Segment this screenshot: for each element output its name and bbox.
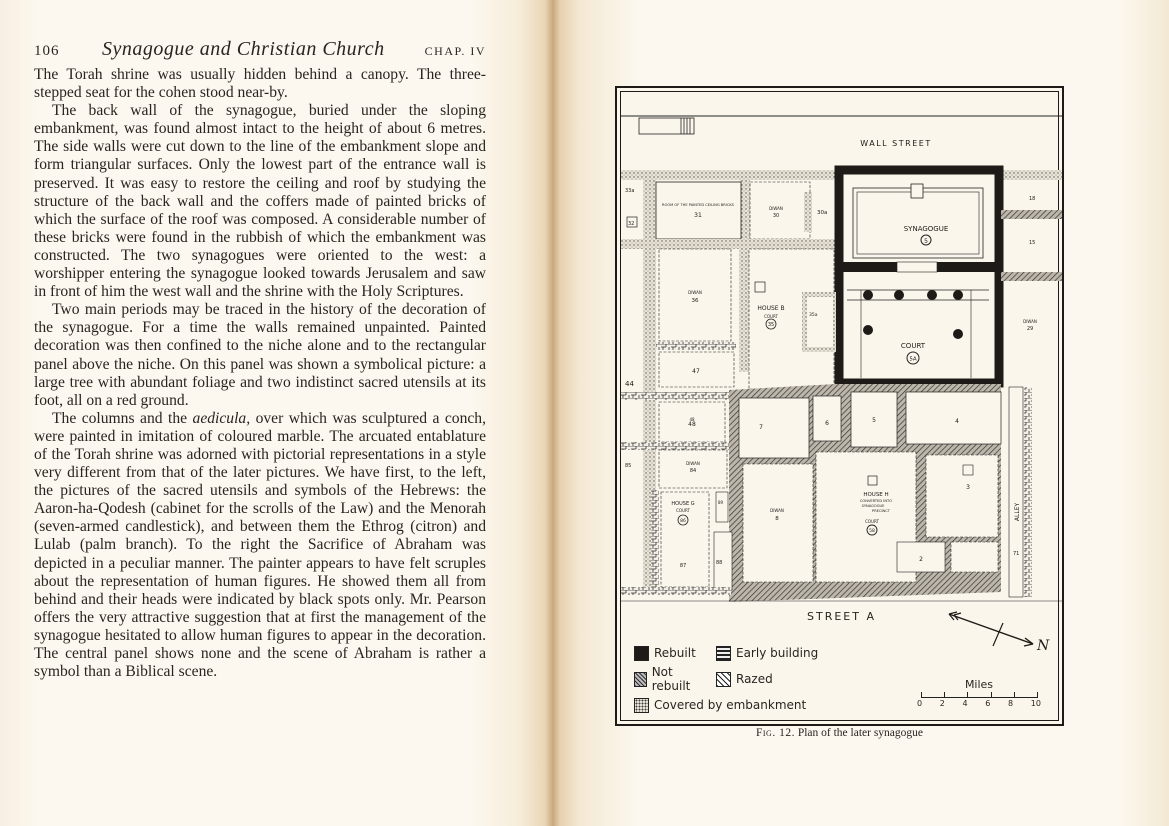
covered-swatch-icon [634,698,649,713]
caption-text: Plan of the later synagogue [798,727,923,739]
legend-label: Early building [736,646,818,660]
legend-item-not-rebuilt: Not rebuilt [634,665,704,693]
svg-text:8: 8 [775,516,779,522]
svg-text:86: 86 [680,518,686,524]
scale-bar: Miles 0 2 4 6 8 10 [917,678,1041,708]
svg-text:88: 88 [716,560,722,566]
svg-text:30: 30 [773,213,779,219]
figure-caption: Fig. 12. Plan of the later synagogue [615,727,1064,739]
svg-text:COURT: COURT [865,519,879,524]
svg-text:31: 31 [694,212,702,219]
svg-text:2: 2 [919,556,923,563]
page-number: 106 [34,43,70,60]
svg-text:DIWAN: DIWAN [770,508,784,513]
north-label: N [1036,638,1050,654]
legend-label: Rebuilt [654,646,696,660]
svg-text:89: 89 [718,500,724,505]
svg-text:5: 5 [872,417,876,424]
svg-text:33a: 33a [625,188,634,194]
svg-text:85: 85 [625,463,631,469]
svg-text:DIWAN: DIWAN [688,290,702,295]
paragraph: The Torah shrine was usually hidden behi… [34,66,486,102]
svg-text:5: 5 [924,238,928,245]
legend-label: Razed [736,672,773,686]
text-run: over which was sculptured a conch, were … [34,410,486,680]
synagogue-label: SYNAGOGUE [904,225,949,233]
svg-text:5A: 5A [909,357,916,363]
svg-text:HOUSE G: HOUSE G [671,501,694,507]
svg-text:COURT: COURT [764,314,778,319]
svg-text:DIWAN: DIWAN [686,461,700,466]
svg-text:35a: 35a [809,312,818,318]
text-run: The columns and the [52,410,193,427]
italic-term: aedicula, [193,410,251,427]
svg-text:SYNAGOGUE: SYNAGOGUE [862,504,886,508]
paragraph: The columns and the aedicula, over which… [34,410,486,681]
svg-text:36: 36 [692,298,699,304]
rebuilt-swatch-icon [634,646,649,661]
svg-text:48: 48 [688,421,696,428]
svg-text:15: 15 [1029,240,1035,246]
svg-text:PRECINCT: PRECINCT [872,509,891,513]
north-arrow-icon: N [941,606,1051,656]
svg-text:6: 6 [825,420,829,427]
legend-label: Not rebuilt [652,665,704,693]
svg-text:DIWAN: DIWAN [769,206,783,211]
legend-item-razed: Razed [716,672,773,687]
not-rebuilt-swatch-icon [634,672,647,687]
paragraph: The back wall of the synagogue, buried u… [34,102,486,301]
svg-text:35: 35 [768,322,774,328]
legend-item-covered: Covered by embankment [634,698,806,713]
paragraph: Two main periods may be traced in the hi… [34,301,486,410]
figure-frame: WALL STREET ROOM OF THE PAINTED CEILING … [620,91,1059,721]
svg-text:18: 18 [1029,196,1035,202]
legend-label: Covered by embankment [654,698,806,712]
svg-text:ROOM OF THE PAINTED CEILING BR: ROOM OF THE PAINTED CEILING BRICKS [662,203,735,207]
legend-item-rebuilt: Rebuilt [634,646,704,661]
chapter-label: CHAP. IV [425,44,486,59]
svg-text:CONVERTED INTO: CONVERTED INTO [860,499,892,503]
svg-text:32: 32 [628,221,634,227]
svg-text:3: 3 [966,484,970,491]
svg-text:47: 47 [692,368,700,375]
body-text: The Torah shrine was usually hidden behi… [34,66,486,681]
svg-text:71: 71 [1013,551,1019,557]
svg-text:HOUSE B: HOUSE B [757,305,784,312]
svg-text:HOUSE H: HOUSE H [863,492,888,498]
svg-text:COURT: COURT [676,508,690,513]
svg-text:84: 84 [690,468,696,474]
floor-plan: WALL STREET ROOM OF THE PAINTED CEILING … [621,92,1062,604]
scale-labels: 0 2 4 6 8 10 [917,699,1041,708]
left-page: 106 Synagogue and Christian Church CHAP.… [34,38,486,681]
svg-text:COURT: COURT [901,342,926,350]
running-head: Synagogue and Christian Church [70,38,425,61]
alley-label: ALLEY [1014,503,1021,522]
synagogue-plan-figure: WALL STREET ROOM OF THE PAINTED CEILING … [615,86,1064,726]
legend: Rebuilt Early building Not rebuilt Razed… [634,640,830,718]
early-building-swatch-icon [716,646,731,661]
svg-text:30a: 30a [817,210,827,216]
razed-swatch-icon [716,672,731,687]
wall-street-label: WALL STREET [860,139,931,148]
scale-line [921,691,1037,698]
figure-number: Fig. 12. [756,727,795,739]
svg-text:87: 87 [680,563,686,569]
scale-title: Miles [917,678,1041,691]
svg-text:29: 29 [1027,326,1033,332]
svg-text:58: 58 [869,528,875,534]
page-header: 106 Synagogue and Christian Church CHAP.… [34,38,486,64]
book-spread: 106 Synagogue and Christian Church CHAP.… [0,0,1169,826]
svg-text:4: 4 [955,418,959,425]
svg-text:44: 44 [625,380,634,388]
legend-item-early-building: Early building [716,646,818,661]
svg-text:7: 7 [759,424,763,431]
svg-text:DIWAN: DIWAN [1023,319,1037,324]
